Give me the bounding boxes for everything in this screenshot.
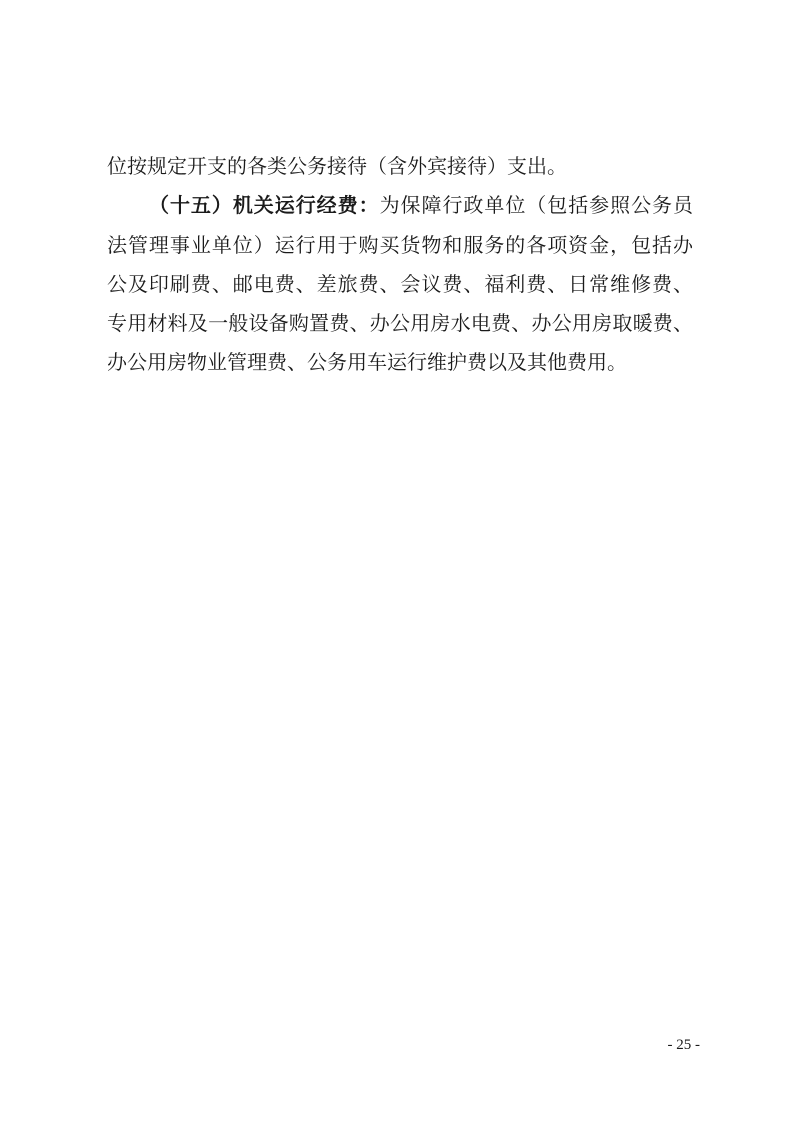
- paragraph-line: 专用材料及一般设备购置费、办公用房水电费、办公用房取暖费、: [107, 304, 693, 343]
- paragraph-line: 位按规定开支的各类公务接待（含外宾接待）支出。: [107, 147, 693, 186]
- line-text: 公及印刷费、邮电费、差旅费、会议费、福利费、日常维修费、: [107, 272, 693, 296]
- section-heading-line: （十五）机关运行经费：为保障行政单位（包括参照公务员: [107, 186, 693, 225]
- line-text: 办公用房物业管理费、公务用车运行维护费以及其他费用。: [107, 350, 627, 374]
- section-heading: （十五）机关运行经费：: [149, 193, 380, 217]
- line-text: 为保障行政单位（包括参照公务员: [380, 193, 693, 217]
- document-page: 位按规定开支的各类公务接待（含外宾接待）支出。 （十五）机关运行经费：为保障行政…: [0, 0, 793, 1122]
- paragraph-line: 公及印刷费、邮电费、差旅费、会议费、福利费、日常维修费、: [107, 265, 693, 304]
- page-number: - 25 -: [0, 1037, 700, 1054]
- paragraph-line: 法管理事业单位）运行用于购买货物和服务的各项资金，包括办: [107, 226, 693, 265]
- body-text: 位按规定开支的各类公务接待（含外宾接待）支出。 （十五）机关运行经费：为保障行政…: [107, 147, 693, 383]
- line-text: 位按规定开支的各类公务接待（含外宾接待）支出。: [107, 154, 567, 178]
- paragraph-line: 办公用房物业管理费、公务用车运行维护费以及其他费用。: [107, 343, 693, 382]
- line-text: 专用材料及一般设备购置费、办公用房水电费、办公用房取暖费、: [107, 311, 693, 335]
- line-text: 法管理事业单位）运行用于购买货物和服务的各项资金，包括办: [107, 233, 693, 257]
